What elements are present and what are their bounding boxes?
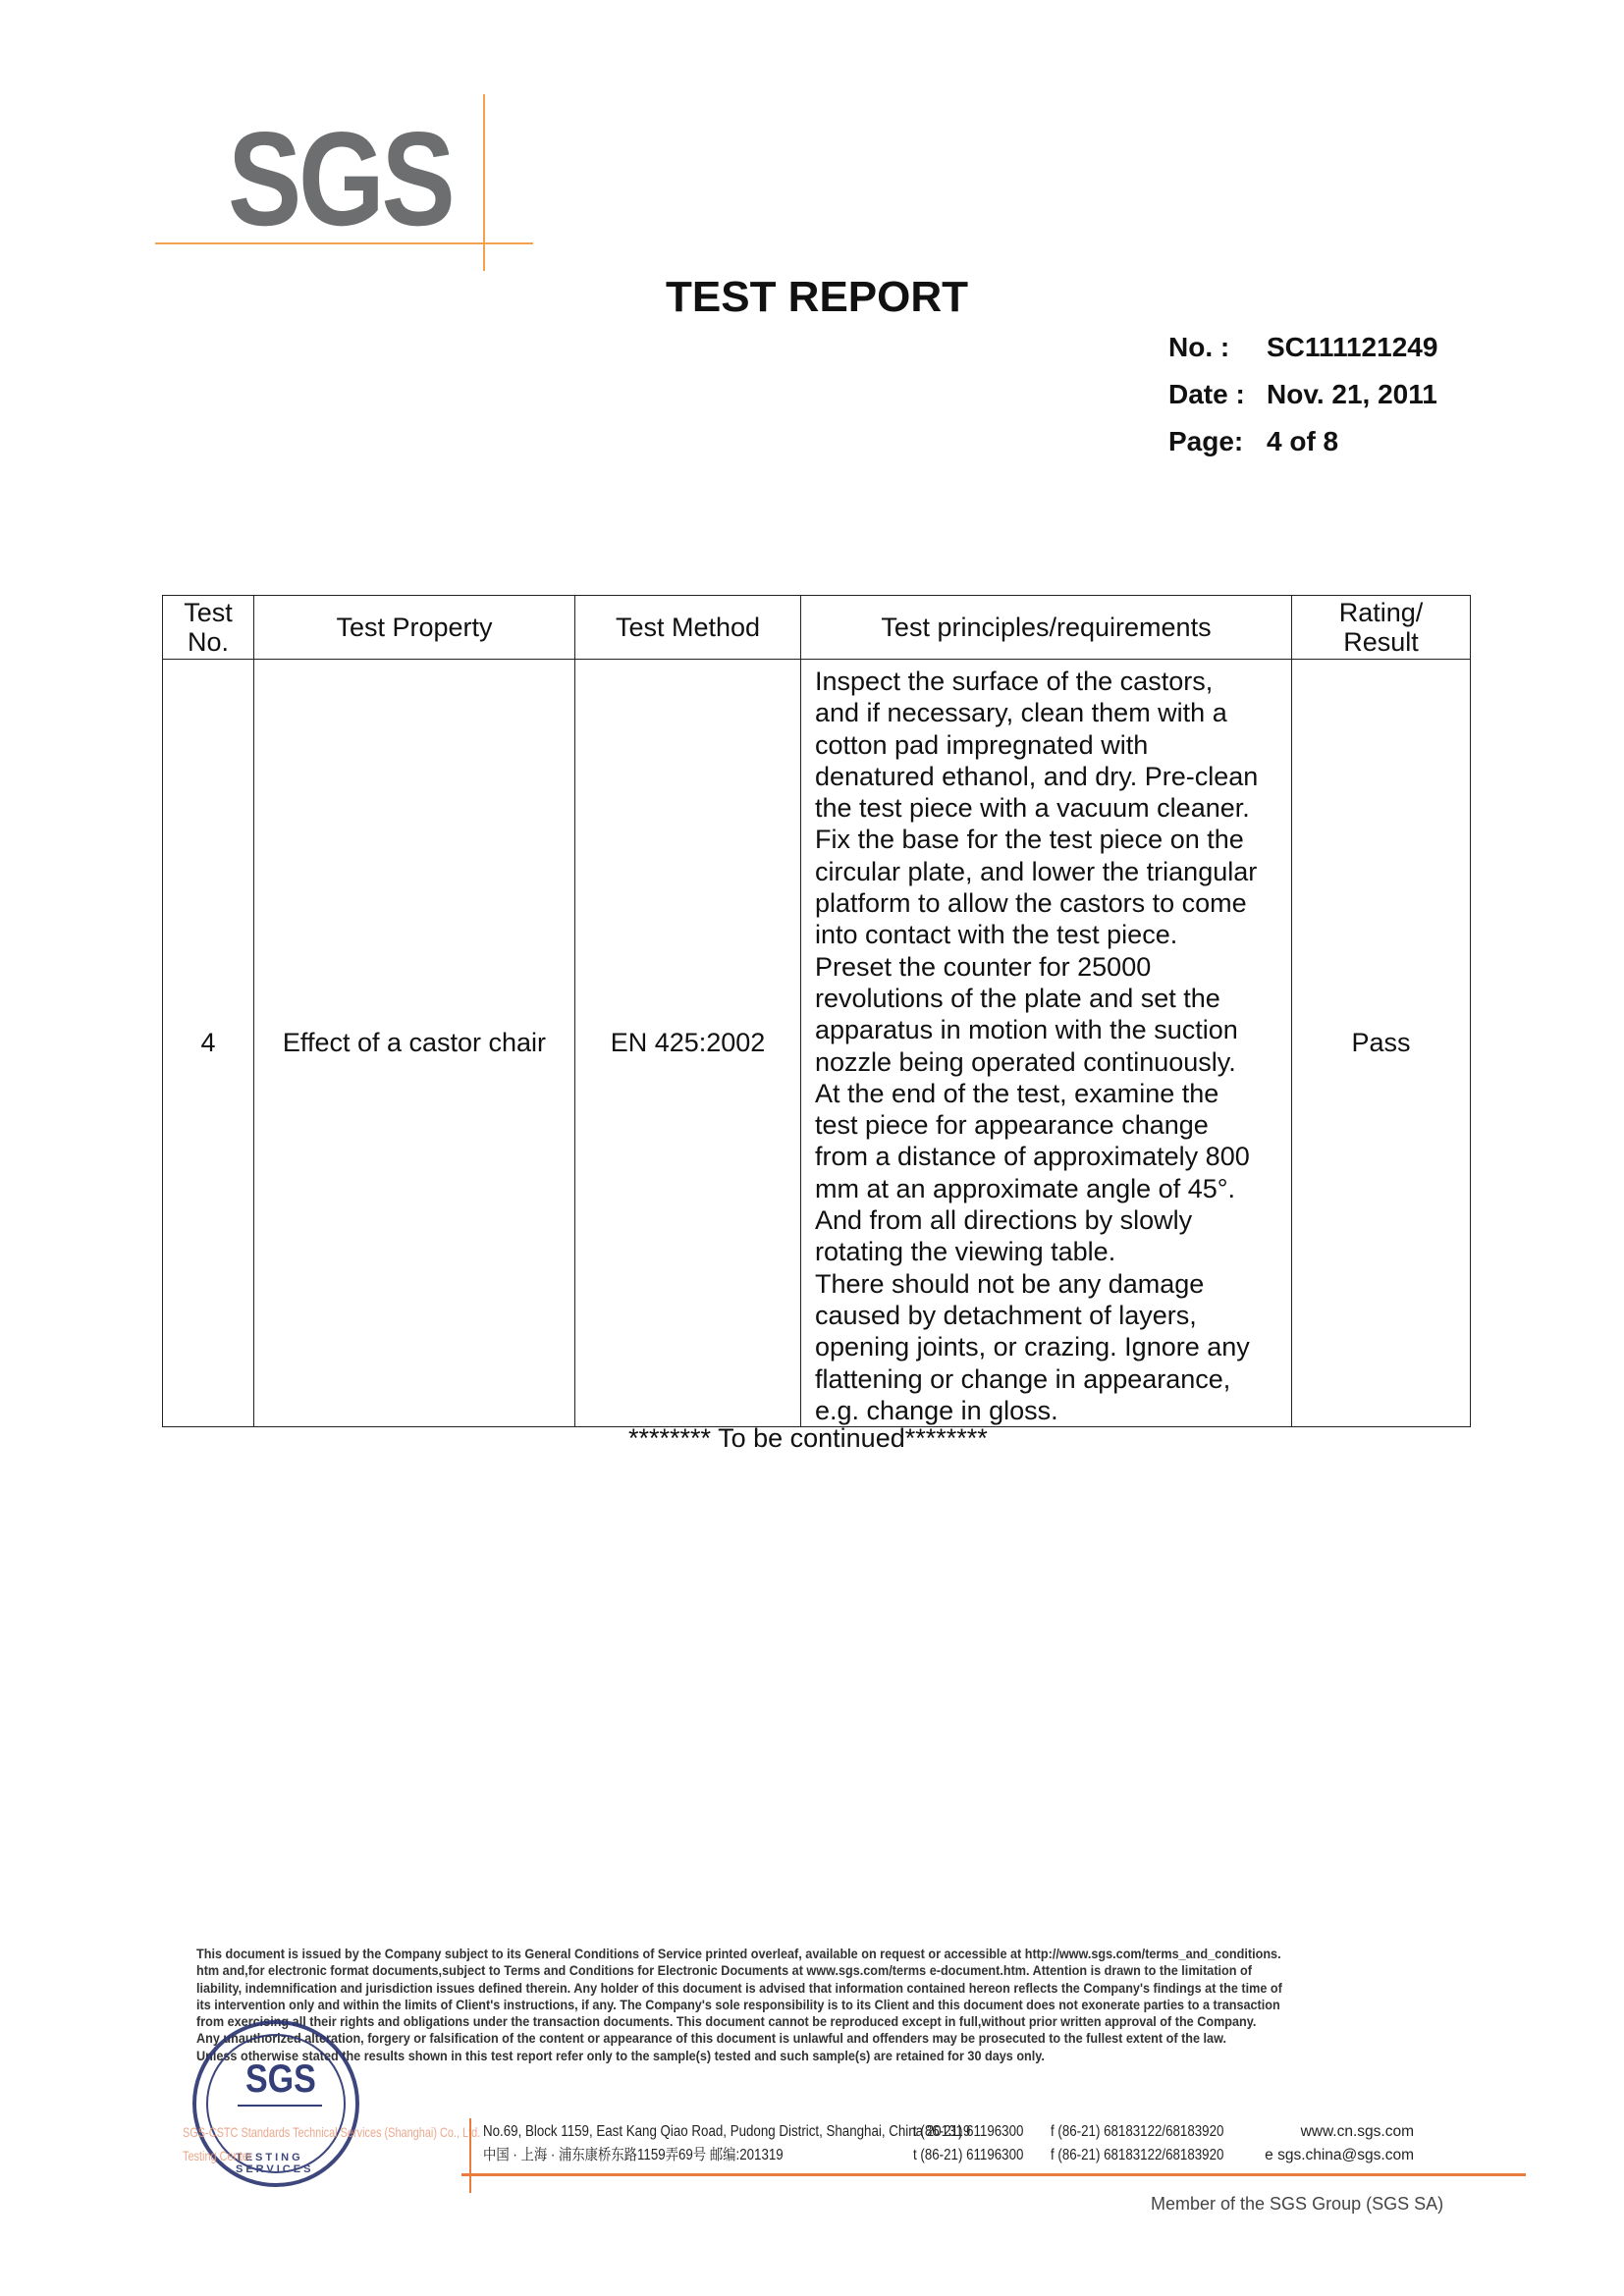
address-block: No.69, Block 1159, East Kang Qiao Road, … [483, 2120, 1414, 2167]
requirement-line: revolutions of the plate and set the [815, 983, 1281, 1014]
requirement-line: cotton pad impregnated with [815, 729, 1281, 761]
member-statement: Member of the SGS Group (SGS SA) [1151, 2194, 1443, 2215]
header-line: Result [1343, 627, 1419, 657]
fax: f (86-21) 68183122/68183920 [1051, 2120, 1228, 2144]
requirement-line: the test piece with a vacuum cleaner. [815, 792, 1281, 824]
cell-result: Pass [1292, 660, 1471, 1427]
header-line: Rating/ [1339, 598, 1424, 627]
requirement-line: opening joints, or crazing. Ignore any [815, 1331, 1281, 1362]
column-header-test-no: Test No. [163, 596, 254, 660]
logo-horizontal-rule [155, 242, 533, 244]
cell-requirements: Inspect the surface of the castors,and i… [801, 660, 1292, 1427]
disclaimer-line: Any unauthorized alteration, forgery or … [196, 2030, 1375, 2047]
telephone: t (86-21) 61196300 [913, 2120, 1031, 2144]
disclaimer-line: its intervention only and within the lim… [196, 1997, 1375, 2013]
test-results-table: Test No. Test Property Test Method Test … [162, 595, 1471, 1427]
address-text-chinese: 中国 · 上海 · 浦东康桥东路1159弄69号 邮编:201319 [483, 2144, 853, 2167]
column-header-test-property: Test Property [254, 596, 575, 660]
cell-test-method: EN 425:2002 [575, 660, 801, 1427]
requirement-line: Preset the counter for 25000 [815, 951, 1281, 983]
disclaimer-line: This document is issued by the Company s… [196, 1946, 1375, 1962]
header-line: Test [184, 598, 233, 627]
meta-value: SC111121249 [1267, 332, 1437, 363]
meta-value: Nov. 21, 2011 [1267, 379, 1437, 410]
requirement-line: caused by detachment of layers, [815, 1300, 1281, 1331]
email-link[interactable]: e sgs.china@sgs.com [1257, 2144, 1414, 2167]
disclaimer-line: htm and,for electronic format documents,… [196, 1962, 1375, 1979]
telephone: t (86-21) 61196300 [913, 2144, 1031, 2167]
meta-label: Page: [1168, 426, 1267, 457]
meta-label: Date : [1168, 379, 1267, 410]
requirement-line: At the end of the test, examine the [815, 1078, 1281, 1109]
logo-vertical-rule [483, 94, 485, 271]
header-line: No. [188, 627, 229, 657]
requirement-line: and if necessary, clean them with a [815, 697, 1281, 728]
requirement-line: rotating the viewing table. [815, 1236, 1281, 1267]
table-header-row: Test No. Test Property Test Method Test … [163, 596, 1471, 660]
meta-page: Page: 4 of 8 [1168, 418, 1437, 465]
column-header-test-method: Test Method [575, 596, 801, 660]
meta-label: No. : [1168, 332, 1267, 363]
website-link[interactable]: www.cn.sgs.com [1257, 2120, 1414, 2144]
requirement-line: circular plate, and lower the triangular [815, 856, 1281, 887]
table-row: 4 Effect of a castor chair EN 425:2002 I… [163, 660, 1471, 1427]
meta-value: 4 of 8 [1267, 426, 1338, 457]
disclaimer-line: liability, indemnification and jurisdict… [196, 1980, 1375, 1997]
requirement-line: platform to allow the castors to come [815, 887, 1281, 919]
address-vertical-rule [469, 2118, 471, 2193]
column-header-result: Rating/ Result [1292, 596, 1471, 660]
requirement-line: flattening or change in appearance, [815, 1363, 1281, 1395]
requirement-line: Inspect the surface of the castors, [815, 666, 1281, 697]
address-horizontal-rule [461, 2173, 1526, 2176]
requirement-line: from a distance of approximately 800 [815, 1141, 1281, 1172]
sgs-logo-text: SGS [228, 112, 452, 245]
report-meta: No. : SC111121249 Date : Nov. 21, 2011 P… [1168, 324, 1437, 465]
lab-name-line: Testing Center [183, 2144, 480, 2167]
stamp-rule [238, 2105, 322, 2107]
cell-test-no: 4 [163, 660, 254, 1427]
stamp-logo: SGS [245, 2057, 316, 2102]
disclaimer-line: Unless otherwise stated the results show… [196, 2048, 1375, 2064]
sgs-logo: SGS [155, 94, 489, 261]
column-header-requirements: Test principles/requirements [801, 596, 1292, 660]
address-row-english: No.69, Block 1159, East Kang Qiao Road, … [483, 2120, 1414, 2144]
address-row-chinese: 中国 · 上海 · 浦东康桥东路1159弄69号 邮编:201319 t (86… [483, 2144, 1414, 2167]
requirement-line: nozzle being operated continuously. [815, 1046, 1281, 1078]
meta-date: Date : Nov. 21, 2011 [1168, 371, 1437, 418]
address-text: No.69, Block 1159, East Kang Qiao Road, … [483, 2120, 853, 2144]
requirement-line: apparatus in motion with the suction [815, 1014, 1281, 1045]
legal-disclaimer: This document is issued by the Company s… [196, 1946, 1463, 2064]
requirement-line: into contact with the test piece. [815, 919, 1281, 950]
disclaimer-line: from exercising all their rights and obl… [196, 2013, 1375, 2030]
requirement-line: mm at an approximate angle of 45°. [815, 1173, 1281, 1204]
requirement-line: And from all directions by slowly [815, 1204, 1281, 1236]
fax: f (86-21) 68183122/68183920 [1051, 2144, 1228, 2167]
lab-name-line: SGS-CSTC Standards Technical Services (S… [183, 2120, 480, 2144]
page-title: TEST REPORT [666, 273, 968, 322]
meta-report-number: No. : SC111121249 [1168, 324, 1437, 371]
continued-note: ******** To be continued******** [628, 1423, 988, 1454]
requirement-line: There should not be any damage [815, 1268, 1281, 1300]
cell-test-property: Effect of a castor chair [254, 660, 575, 1427]
requirement-line: denatured ethanol, and dry. Pre-clean [815, 761, 1281, 792]
requirement-line: test piece for appearance change [815, 1109, 1281, 1141]
lab-name: SGS-CSTC Standards Technical Services (S… [183, 2120, 480, 2167]
requirement-line: Fix the base for the test piece on the [815, 824, 1281, 855]
requirement-line: e.g. change in gloss. [815, 1395, 1281, 1426]
